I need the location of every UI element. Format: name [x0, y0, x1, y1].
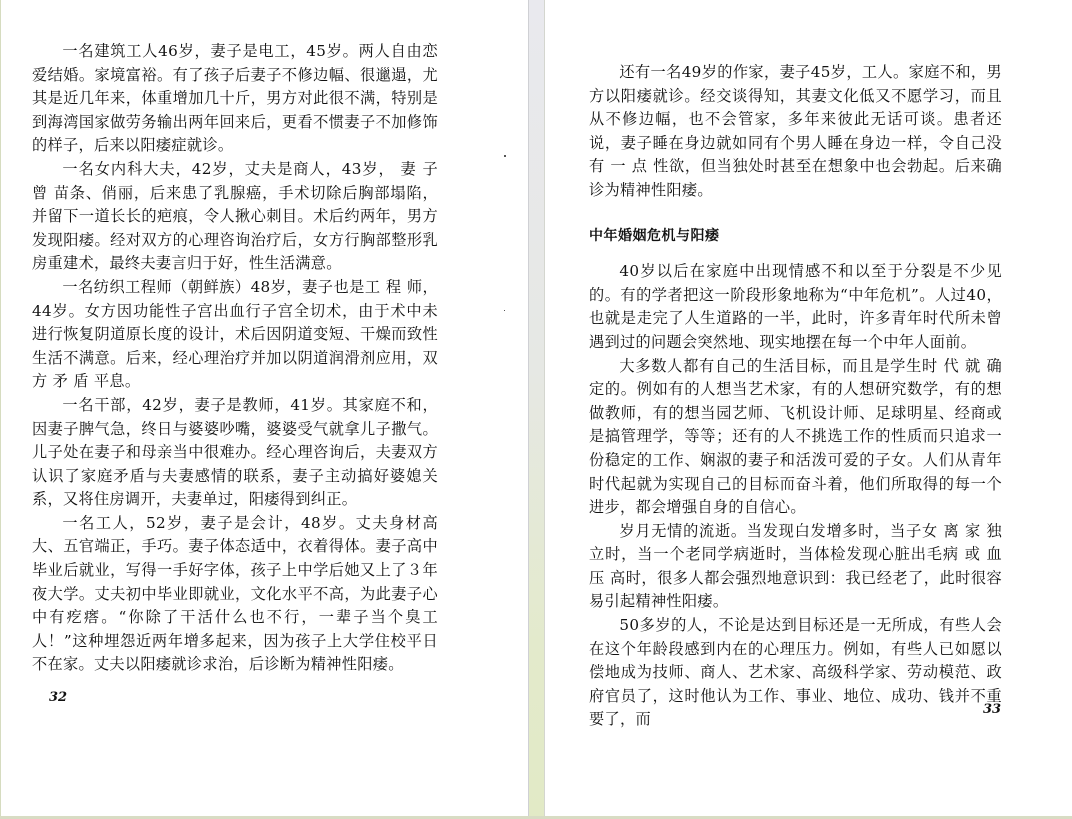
paragraph: 还有一名49岁的作家，妻子45岁，工人。家庭不和，男方以阳痿就诊。经交谈得知，其…	[589, 61, 1002, 203]
paragraph: 一名女内科大夫，42岁，丈夫是商人，43岁， 妻 子 曾 苗条、俏丽，后来患了乳…	[32, 158, 438, 276]
document-viewer: 一名建筑工人46岁，妻子是电工，45岁。两人自由恋爱结婚。家境富裕。有了孩子后妻…	[0, 0, 1072, 819]
page-gutter	[528, 0, 545, 819]
paragraph: 一名干部，42岁，妻子是教师，41岁。其家庭不和，因妻子脾气急，终日与婆婆吵嘴，…	[32, 394, 438, 512]
paragraph: 一名纺织工程师（朝鲜族）48岁，妻子也是工 程 师， 44岁。女方因功能性子宫出…	[32, 276, 438, 394]
right-page: 还有一名49岁的作家，妻子45岁，工人。家庭不和，男方以阳痿就诊。经交谈得知，其…	[546, 0, 1072, 816]
page-number: 33	[983, 702, 1001, 717]
paragraph: 岁月无情的流逝。当发现白发增多时，当子女 离 家 独 立时，当一个老同学病逝时，…	[589, 520, 1002, 614]
left-page-text: 一名建筑工人46岁，妻子是电工，45岁。两人自由恋爱结婚。家境富裕。有了孩子后妻…	[32, 40, 438, 677]
paragraph: 大多数人都有自己的生活目标，而且是学生时 代 就 确 定的。例如有的人想当艺术家…	[589, 355, 1002, 520]
right-page-text: 还有一名49岁的作家，妻子45岁，工人。家庭不和，男方以阳痿就诊。经交谈得知，其…	[589, 61, 1002, 732]
left-page: 一名建筑工人46岁，妻子是电工，45岁。两人自由恋爱结婚。家境富裕。有了孩子后妻…	[0, 0, 527, 816]
paragraph: 一名建筑工人46岁，妻子是电工，45岁。两人自由恋爱结婚。家境富裕。有了孩子后妻…	[32, 40, 438, 158]
paragraph: 一名工人，52岁，妻子是会计，48岁。丈夫身材高大、五官端正，手巧。妻子体态适中…	[32, 512, 438, 677]
page-number: 32	[49, 690, 67, 705]
paragraph: 40岁以后在家庭中出现情感不和以至于分裂是不少见的。有的学者把这一阶段形象地称为…	[589, 260, 1002, 354]
scan-speck	[504, 155, 506, 157]
paragraph: 50多岁的人，不论是达到目标还是一无所成，有些人会在这个年龄段感到内在的心理压力…	[589, 614, 1002, 732]
section-heading: 中年婚姻危机与阳痿	[589, 225, 1002, 249]
scan-speck	[504, 310, 505, 311]
